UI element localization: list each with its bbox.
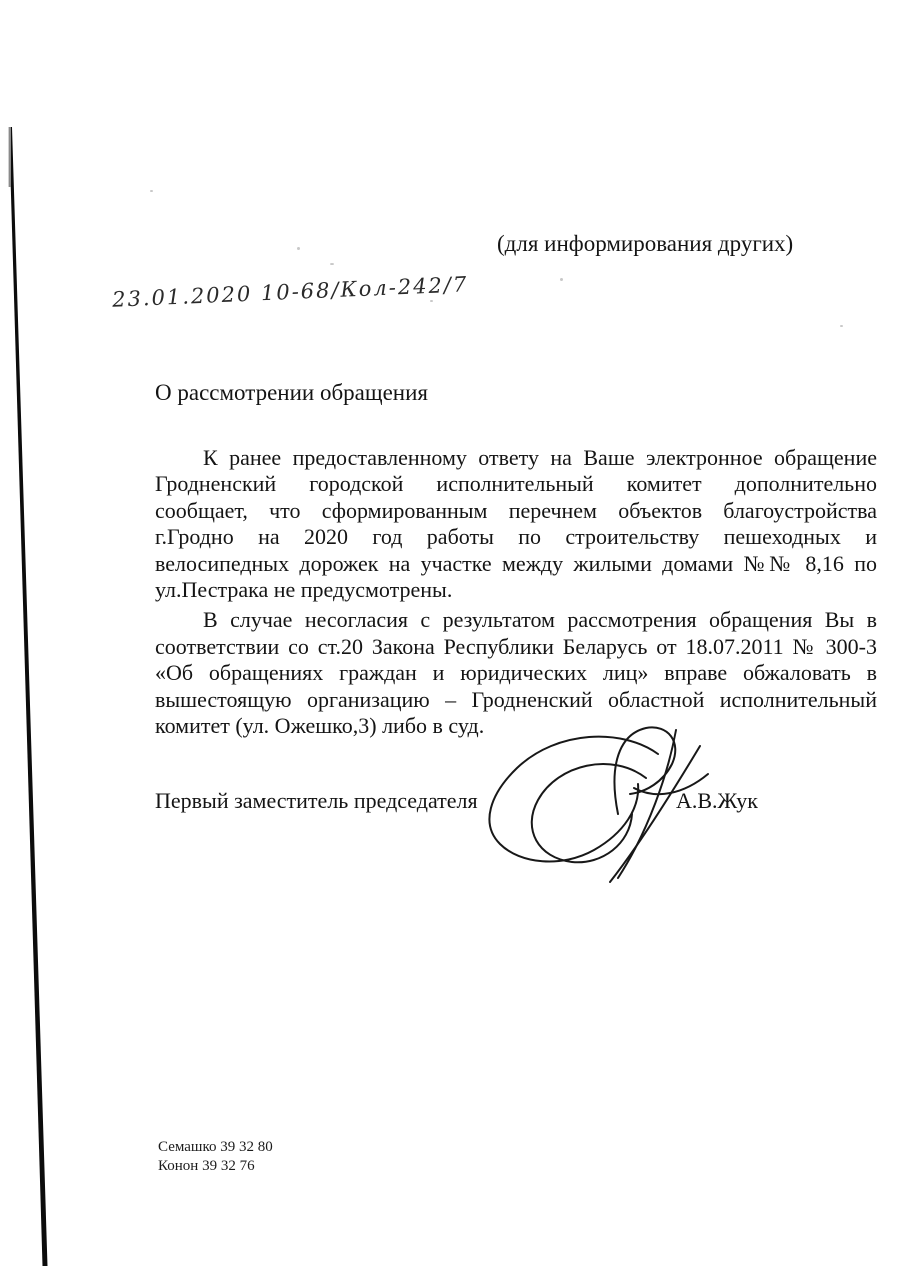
body-line: «Об обращениях граждан и юридических лиц… [155,660,877,686]
scan-noise [297,247,300,250]
executor-contacts: Семашко 39 32 80 Конон 39 32 76 [158,1138,273,1176]
scan-noise [840,325,843,327]
scan-noise [430,300,433,302]
signer-position-title: Первый заместитель председателя [155,788,478,814]
handwritten-signature [462,716,712,886]
scanned-letter-page: { "page": { "recipient_note": "(для инфо… [0,0,905,1280]
scan-noise [330,263,334,265]
body-line: К ранее предоставленному ответу на Ваше … [155,445,877,471]
recipient-note: (для информирования других) [497,231,793,257]
paragraph-1: К ранее предоставленному ответу на Ваше … [155,445,877,603]
body-line: г.Гродно на 2020 год работы по строитель… [155,524,877,550]
paragraph-2: В случае несогласия с результатом рассмо… [155,607,877,739]
body-line: соответствии со ст.20 Закона Республики … [155,634,877,660]
handwritten-registration-ref: 23.01.2020 10-68/Кол-242/7 [112,272,469,312]
contact-line: Конон 39 32 76 [158,1157,273,1176]
scan-noise [150,190,153,192]
letter-body: К ранее предоставленному ответу на Ваше … [155,445,877,739]
body-line: вышестоящую организацию – Гродненский об… [155,687,877,713]
contact-line: Семашко 39 32 80 [158,1138,273,1157]
subject-line: О рассмотрении обращения [155,380,428,406]
body-line: В случае несогласия с результатом рассмо… [155,607,877,633]
body-line: комитет (ул. Ожешко,3) либо в суд. [155,713,877,739]
scan-noise [560,278,563,281]
body-line: Гродненский городской исполнительный ком… [155,471,877,497]
body-line: велосипедных дорожек на участке между жи… [155,551,877,577]
body-line: ул.Пестрака не предусмотрены. [155,577,877,603]
body-line: сообщает, что сформированным перечнем об… [155,498,877,524]
signer-name: А.В.Жук [676,788,758,814]
